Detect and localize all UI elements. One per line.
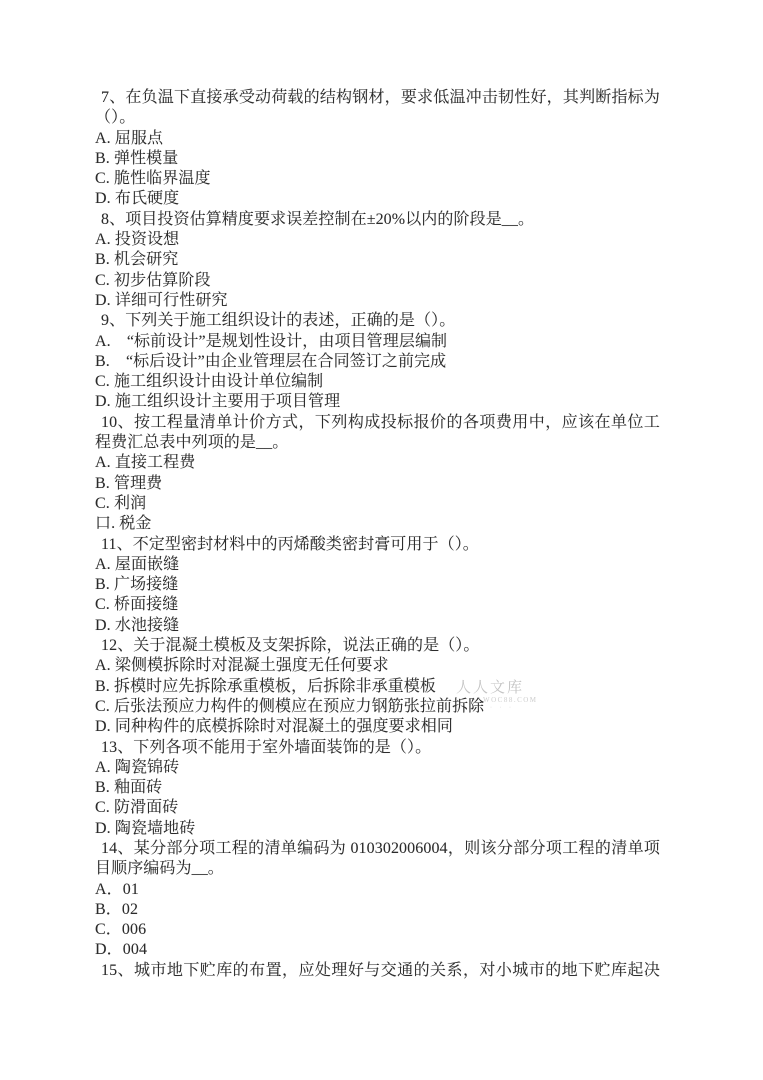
question-9-option-B: B. “标后设计”由企业管理层在合同签订之前完成 bbox=[95, 352, 662, 372]
question-12-option-A: A. 梁侧模拆除时对混凝土强度无任何要求 bbox=[95, 656, 662, 676]
question-13-option-B: B. 釉面砖 bbox=[95, 778, 662, 798]
question-9-option-A: A. “标前设计”是规划性设计，由项目管理层编制 bbox=[95, 332, 662, 352]
question-8-option-A: A. 投资设想 bbox=[95, 230, 662, 250]
questions-list: 7、在负温下直接承受动荷载的结构钢材，要求低温冲击韧性好，其判断指标为（）。A.… bbox=[95, 88, 662, 981]
question-11-option-B: B. 广场接缝 bbox=[95, 575, 662, 595]
question-7-option-D: D. 布氏硬度 bbox=[95, 189, 662, 209]
question-10-option-C: C. 利润 bbox=[95, 494, 662, 514]
question-13-option-A: A. 陶瓷锦砖 bbox=[95, 758, 662, 778]
question-13-option-D: D. 陶瓷墙地砖 bbox=[95, 819, 662, 839]
question-11-option-C: C. 桥面接缝 bbox=[95, 595, 662, 615]
question-7-stem-continued: （）。 bbox=[95, 108, 662, 128]
question-10-option-D: 口. 税金 bbox=[95, 514, 662, 534]
question-8-option-D: D. 详细可行性研究 bbox=[95, 291, 662, 311]
question-14-stem: 14、某分部分项工程的清单编码为 010302006004，则该分部分项工程的清… bbox=[95, 839, 660, 859]
question-14-option-D: D．004 bbox=[95, 940, 662, 960]
question-11-option-A: A. 屋面嵌缝 bbox=[95, 555, 662, 575]
question-11-option-D: D. 水池接缝 bbox=[95, 616, 662, 636]
question-9-option-C: C. 施工组织设计由设计单位编制 bbox=[95, 372, 662, 392]
document-page: 人人文库 WOC88.COM · · · 7、在负温下直接承受动荷载的结构钢材，… bbox=[0, 0, 763, 1080]
question-7-option-C: C. 脆性临界温度 bbox=[95, 169, 662, 189]
question-10-stem: 10、按工程量清单计价方式，下列构成投标报价的各项费用中，应该在单位工 bbox=[95, 413, 660, 433]
question-14-option-C: C．006 bbox=[95, 920, 662, 940]
question-13-option-C: C. 防滑面砖 bbox=[95, 798, 662, 818]
question-8-option-C: C. 初步估算阶段 bbox=[95, 271, 662, 291]
question-13-stem: 13、下列各项不能用于室外墙面装饰的是（）。 bbox=[95, 738, 662, 758]
question-14-option-A: A．01 bbox=[95, 880, 662, 900]
question-7-stem: 7、在负温下直接承受动荷载的结构钢材，要求低温冲击韧性好，其判断指标为 bbox=[95, 88, 660, 108]
question-10-stem-continued: 程费汇总表中列项的是__。 bbox=[95, 433, 662, 453]
question-12-option-B: B. 拆模时应先拆除承重模板，后拆除非承重模板 bbox=[95, 677, 662, 697]
question-9-option-D: D. 施工组织设计主要用于项目管理 bbox=[95, 392, 662, 412]
question-10-option-B: B. 管理费 bbox=[95, 474, 662, 494]
question-9-stem: 9、下列关于施工组织设计的表述，正确的是（）。 bbox=[95, 311, 662, 331]
question-15-stem: 15、城市地下贮库的布置，应处理好与交通的关系，对小城市的地下贮库起决 bbox=[95, 961, 660, 981]
question-7-option-A: A. 屈服点 bbox=[95, 129, 662, 149]
question-11-stem: 11、不定型密封材料中的丙烯酸类密封膏可用于（）。 bbox=[95, 535, 662, 555]
question-8-stem: 8、项目投资估算精度要求误差控制在±20%以内的阶段是__。 bbox=[95, 210, 662, 230]
question-8-option-B: B. 机会研究 bbox=[95, 250, 662, 270]
question-12-option-D: D. 同种构件的底模拆除时对混凝土的强度要求相同 bbox=[95, 717, 662, 737]
question-12-option-C: C. 后张法预应力构件的侧模应在预应力钢筋张拉前拆除 bbox=[95, 697, 662, 717]
question-14-option-B: B．02 bbox=[95, 900, 662, 920]
question-12-stem: 12、关于混凝土模板及支架拆除，说法正确的是（）。 bbox=[95, 636, 662, 656]
question-7-option-B: B. 弹性模量 bbox=[95, 149, 662, 169]
question-14-stem-continued: 目顺序编码为__。 bbox=[95, 859, 662, 879]
question-10-option-A: A. 直接工程费 bbox=[95, 453, 662, 473]
